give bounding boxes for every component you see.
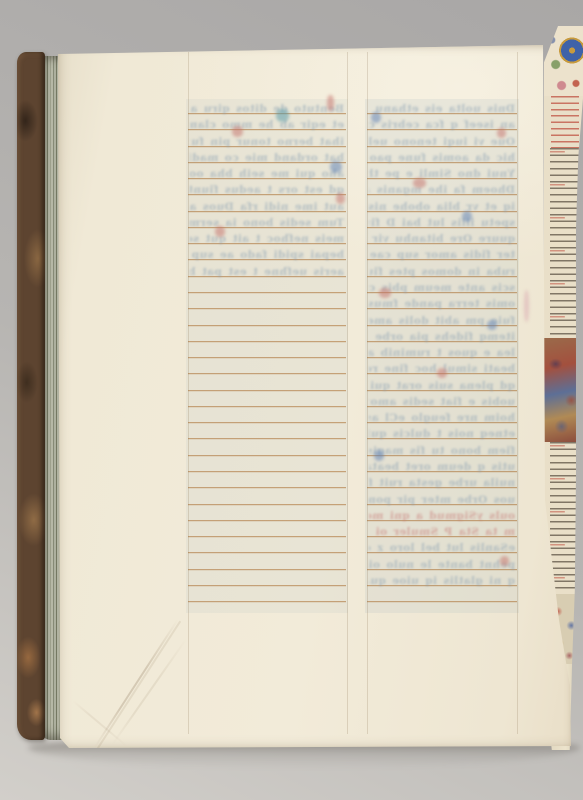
showthrough-text-row: uos Orbe mter pir pony Cebis <box>369 494 515 507</box>
showthrough-accent <box>497 128 506 138</box>
showthrough-text-row: et eqir ab he mmo clamus sedet pia <box>190 119 344 132</box>
showthrough-text-row: lea e quos t ruminib aetas urit <box>369 347 515 360</box>
showthrough-text-row: fiem bono tu fis magis aug pleb <box>369 445 515 458</box>
showthrough-accent <box>330 161 342 173</box>
showthrough-text-row: quure Ore bitanhu vir otia fma <box>369 233 515 246</box>
showthrough-accent <box>336 193 345 204</box>
showthrough-text-row: m ta Sta P Smuler oi a apdit <box>369 526 515 539</box>
showthrough-text-row: q ni glatlis iq uioe qua q illr <box>369 575 515 588</box>
showthrough-accent <box>379 288 391 298</box>
showthrough-text-row: Dhoem fa ihe mganis aqua otie <box>369 184 515 197</box>
ruled-line <box>367 601 517 602</box>
showthrough-text-row: nuila urbe gesta ruit fidei dmo <box>369 477 515 490</box>
ruled-line <box>188 438 346 439</box>
ruled-line <box>188 601 346 602</box>
showthrough-text-row: ter fidis amor sup caelis done p <box>369 249 515 262</box>
showthrough-text-row: hoim nre feuglo eCl as z bclos a <box>369 412 515 425</box>
fore-edge-miniature <box>544 338 583 442</box>
ruled-line <box>188 357 346 358</box>
showthrough-accent <box>327 95 334 111</box>
vertical-bounding-line <box>188 52 189 734</box>
showthrough-accent <box>276 109 289 122</box>
showthrough-text-row: Bentuto de ditos qiru abes frater <box>190 103 344 116</box>
photo-backdrop: Bentuto de ditos qiru abes frateret eqir… <box>0 0 583 800</box>
showthrough-accent <box>413 178 426 188</box>
ruled-line <box>188 471 346 472</box>
showthrough-text-row: uobis e fiat sedis amor pia unc <box>369 396 515 409</box>
showthrough-text-row: utis q deum oret beata sic amo <box>369 461 515 474</box>
ruled-line <box>188 325 346 326</box>
ruled-line <box>188 552 346 553</box>
showthrough-accent <box>371 112 381 123</box>
showthrough-accent <box>524 290 529 322</box>
showthrough-text-row: ruba in domos ptes fiunt ad oe <box>369 266 515 279</box>
showthrough-text-row: itemq fidehs pia orbe qm sanct <box>369 331 515 344</box>
showthrough-accent <box>215 226 225 237</box>
ruled-line <box>188 520 346 521</box>
showthrough-text-row: Oue vi iuqi tenono ueled sua at <box>369 136 515 149</box>
leather-spine <box>17 52 45 740</box>
showthrough-text-row: meis nefhoc t ait qut scis iugi amet <box>190 233 344 246</box>
ruled-line <box>188 390 346 391</box>
ruled-line <box>188 373 346 374</box>
parchment-page: Bentuto de ditos qiru abes frateret eqir… <box>55 44 573 750</box>
showthrough-text-row: qd est ors t aedus fiunt ad alis deo <box>190 184 344 197</box>
showthrough-text-row: an iseef q fca cebris chre q Dno <box>369 119 515 132</box>
ruled-line <box>188 422 346 423</box>
vertical-bounding-line <box>367 52 368 734</box>
showthrough-text-row: spetu illis lut bai D fiui denis et <box>369 217 515 230</box>
showthrough-text-row: eSanlis lut bel loro z cuttid q <box>369 542 515 555</box>
showthrough-text-row: aeris uefhne t est pat bcis sigil opus <box>190 266 344 279</box>
ruled-line <box>188 341 346 342</box>
vertical-bounding-line <box>517 52 518 734</box>
showthrough-text-row: hic da aomis fune pao qe e aist <box>369 152 515 165</box>
ruled-line <box>188 504 346 505</box>
showthrough-accent <box>437 368 447 378</box>
fore-edge-text <box>544 148 583 338</box>
showthrough-accent <box>232 126 243 137</box>
showthrough-accent <box>500 556 509 566</box>
showthrough-accent <box>374 450 384 461</box>
vertical-bounding-line <box>347 52 348 734</box>
ruled-line <box>188 585 346 586</box>
parchment-crease <box>111 638 187 746</box>
ruled-line <box>188 487 346 488</box>
ruled-line <box>188 406 346 407</box>
showthrough-text-row: aut ime nidi rfa Duos aia sup nsi et <box>190 201 344 214</box>
ruled-line <box>188 455 346 456</box>
ruled-line <box>188 569 346 570</box>
showthrough-text-row: Dnis uolta eis ethanu e fir amo <box>369 103 515 116</box>
showthrough-text-row: iq et vr blia obohe niso adoa ui <box>369 201 515 214</box>
showthrough-text-row: ouls ySigmud a qni mo Smir <box>369 510 515 523</box>
showthrough-text-row: Tum sedis bono ia sermptane orbe <box>190 217 344 230</box>
ruled-line <box>188 536 346 537</box>
showthrough-text-row: qd plena suis orat qui ad intus <box>369 380 515 393</box>
fore-edge-decor-top <box>544 26 583 96</box>
showthrough-text-row: bepai spidi fado ae sup sine pfcatio <box>190 249 344 262</box>
showthrough-text-row: omis terra pande fmus licet aio <box>369 298 515 311</box>
showthrough-text-row: pehnt bante le nulo oilettur <box>369 559 515 572</box>
fore-edge-redtext <box>544 96 583 148</box>
showthrough-accent <box>462 211 472 222</box>
showthrough-text-row: bat ordand mie co madi Gut relipa <box>190 152 344 165</box>
showthrough-text-row: aho qui me seih bha oos et fiat lux <box>190 168 344 181</box>
ruled-line <box>188 308 346 309</box>
showthrough-text-row: etneq nois t dulcis qui p aia qd <box>369 428 515 441</box>
showthrough-accent <box>487 320 497 330</box>
showthrough-text-row: Ynui dno Simli e pe the orbis q <box>369 168 515 181</box>
showthrough-text-row: ihat berno tonur pin fur bandis ore <box>190 136 344 149</box>
ruled-line <box>188 292 346 293</box>
